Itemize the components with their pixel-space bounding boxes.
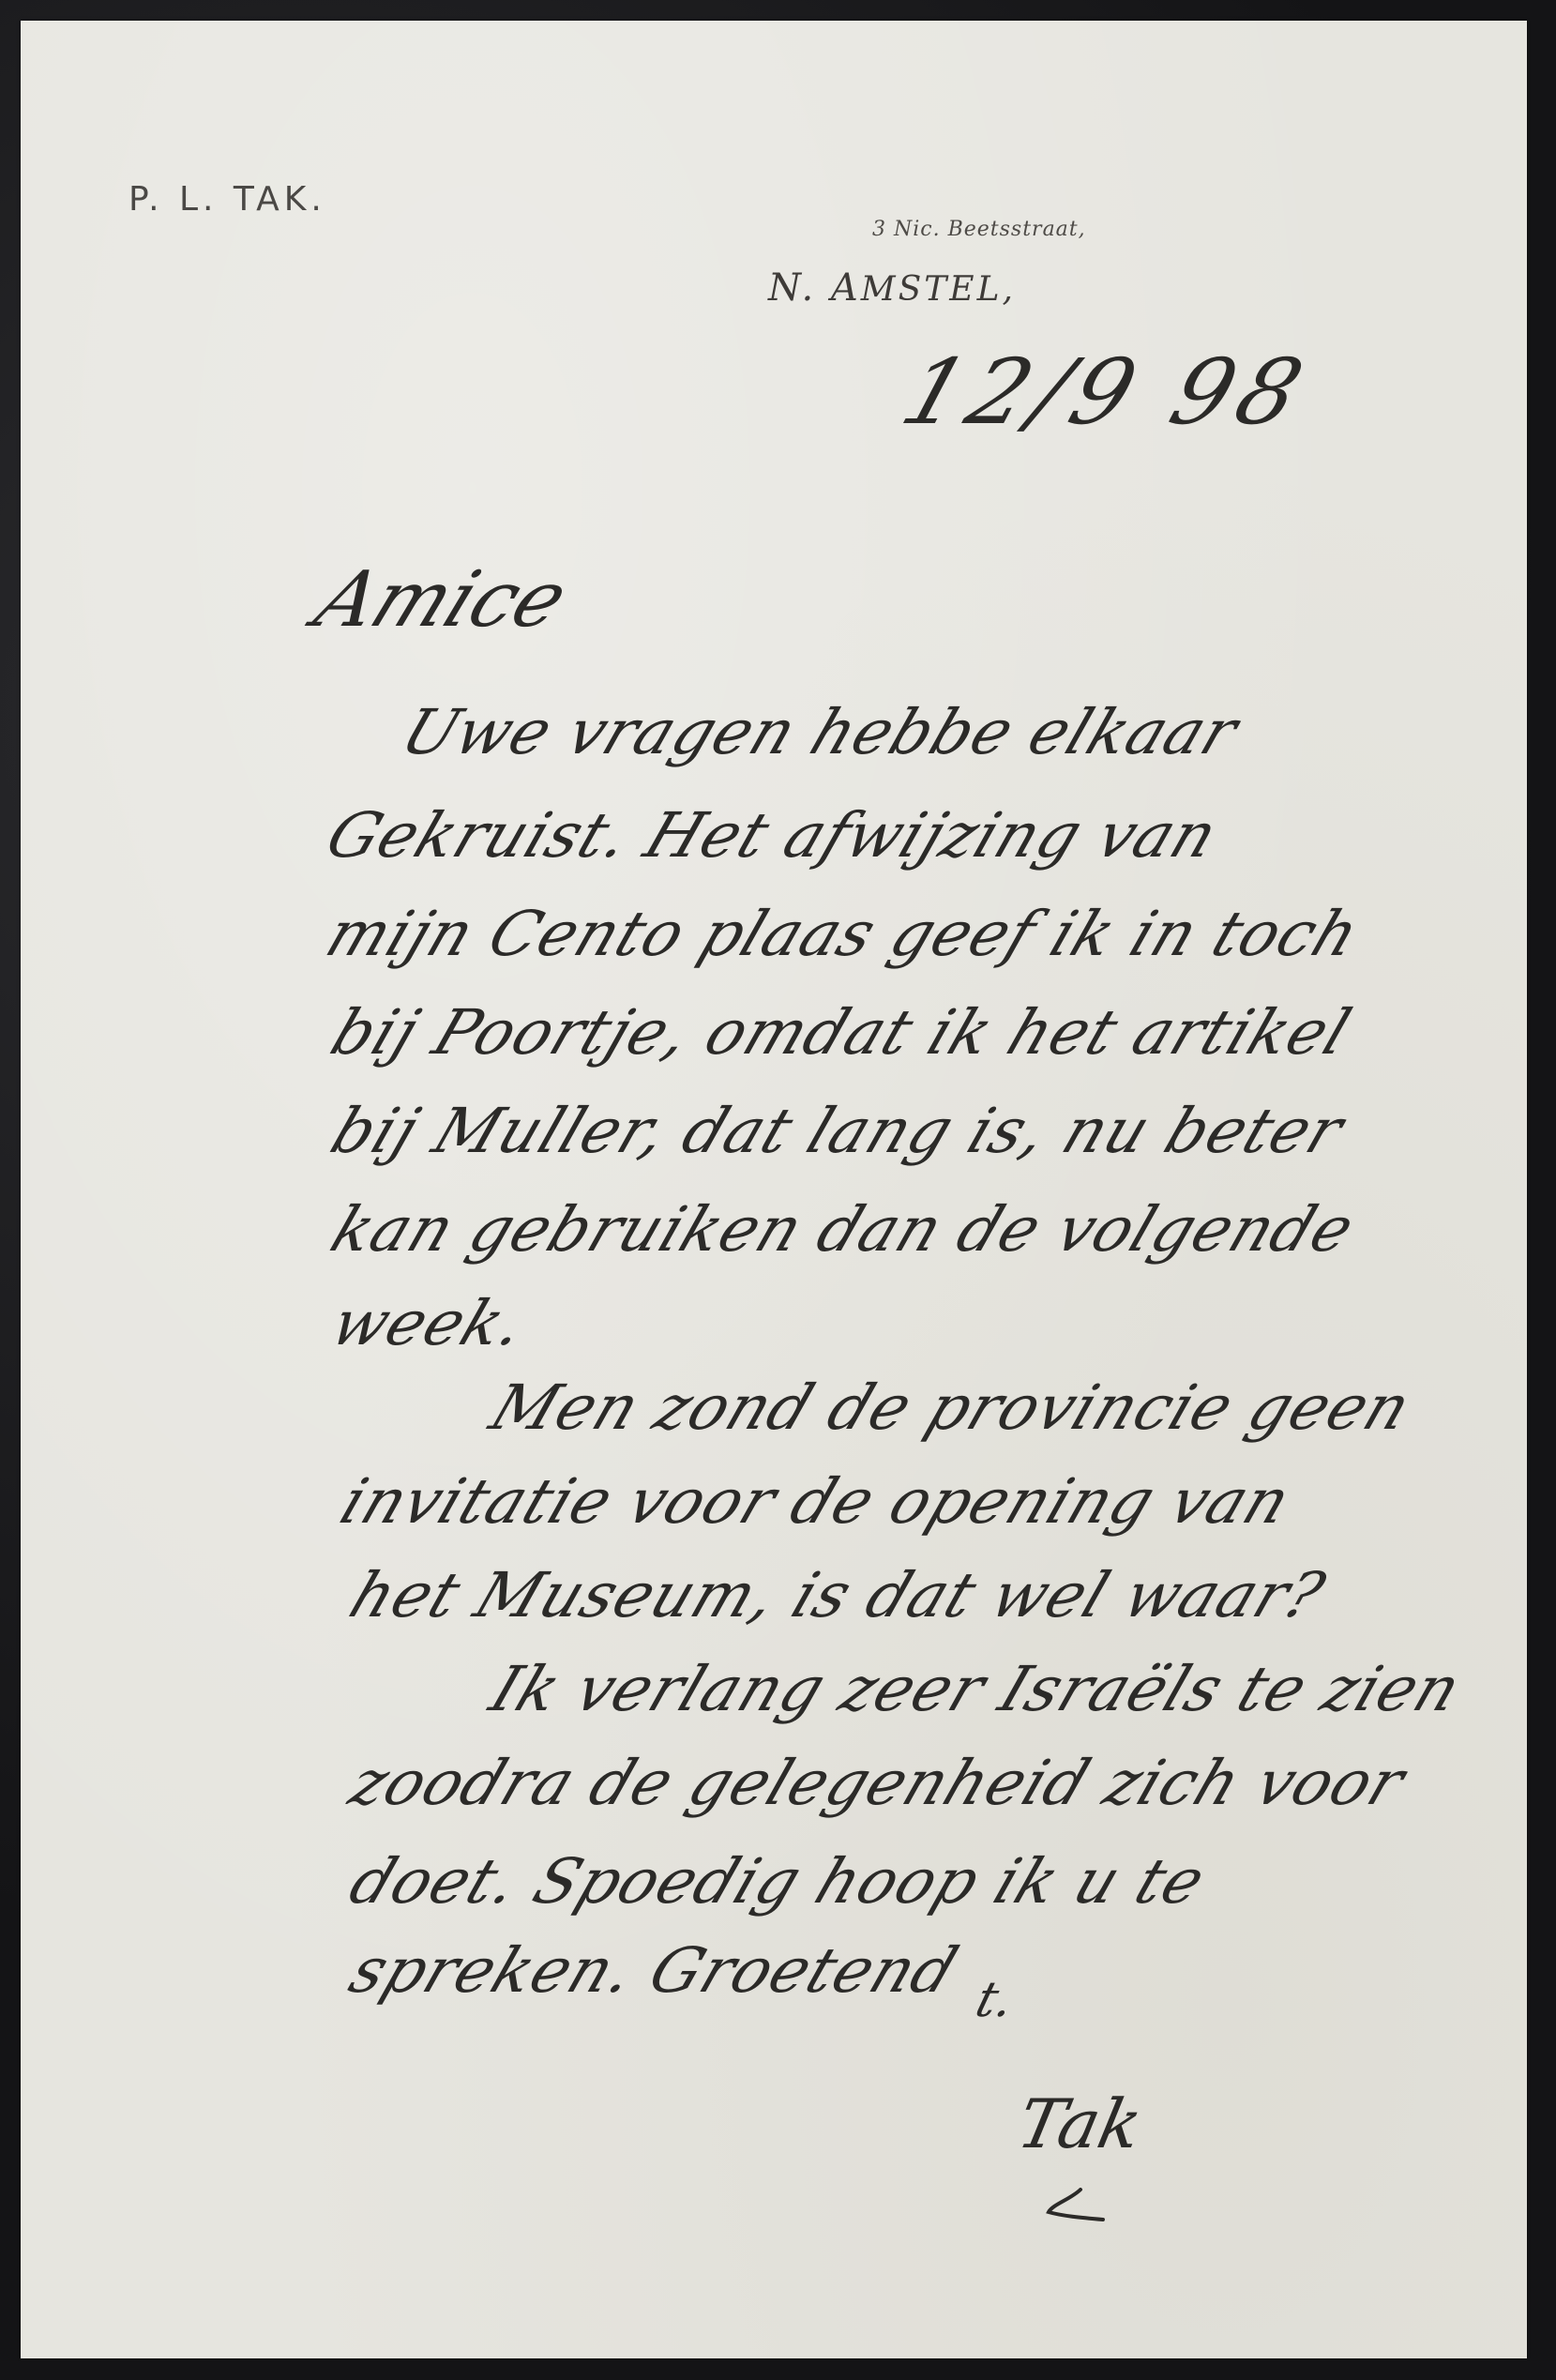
signature: Tak — [1011, 2084, 1149, 2163]
letter-line: invitatie voor de opening van — [331, 1465, 1301, 1538]
letter-line: Uwe vragen hebbe elkaar — [392, 696, 1248, 768]
letter-line: Men zond de provincie geen — [481, 1372, 1421, 1444]
letter-line: bij Poortje, omdat ik het artikel — [322, 996, 1361, 1069]
letter-line: bij Muller, dat lang is, nu beter — [322, 1095, 1353, 1167]
letterhead-city-rest: MSTEL, — [861, 270, 1016, 309]
letterhead-city-initial: N. A — [768, 266, 861, 310]
letterhead-name: P. L. TAK. — [128, 180, 326, 219]
letter-line: doet. Spoedig hoop ik u te — [340, 1845, 1216, 1918]
signature-flourish-icon — [1043, 2188, 1109, 2225]
letter-line: zoodra de gelegenheid zich voor — [340, 1747, 1415, 1819]
letter-line: spreken. Groetend — [340, 1934, 968, 2007]
letter-line: kan gebruiken dan de volgende — [322, 1193, 1365, 1266]
letter-line: Gekruist. Het afwijzing van — [317, 799, 1228, 872]
letter-line: week. — [322, 1287, 536, 1359]
salutation: Amice — [303, 555, 581, 644]
closing-mark: t. — [970, 1972, 1020, 2028]
letter-line: Ik verlang zeer Israëls te zien — [481, 1653, 1471, 1725]
letterhead-street-address: 3 Nic. Beetsstraat, — [872, 218, 1086, 241]
letter-line: het Museum, is dat wel waar? — [340, 1559, 1335, 1631]
letterhead-city: N. AMSTEL, — [768, 266, 1016, 310]
handwritten-date: 12/9 98 — [890, 340, 1322, 445]
letter-line: mijn Cento plaas geef ik in toch — [317, 898, 1369, 970]
letter-sheet: P. L. TAK. 3 Nic. Beetsstraat, N. AMSTEL… — [21, 21, 1527, 2358]
